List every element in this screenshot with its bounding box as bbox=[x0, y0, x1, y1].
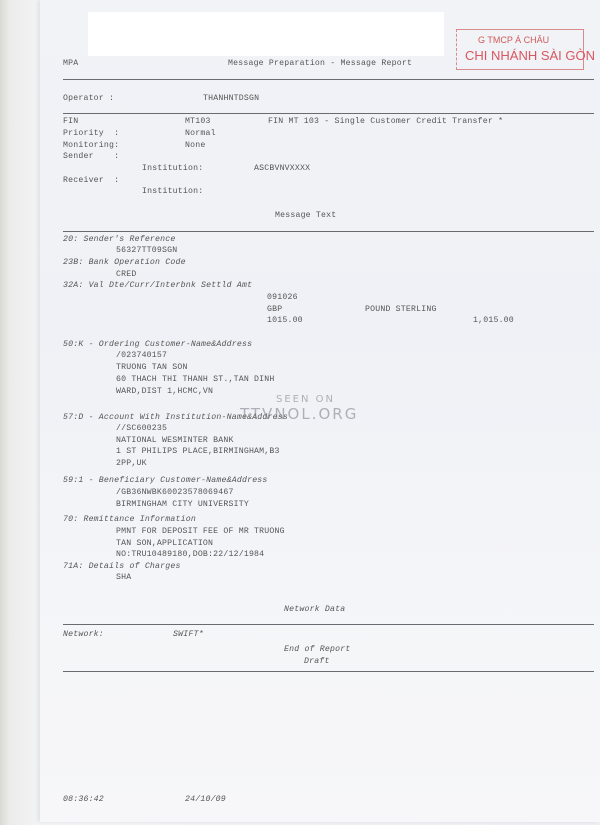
message-text-heading: Message Text bbox=[275, 211, 336, 221]
network-label: Network: bbox=[63, 630, 104, 640]
operator-label: Operator : bbox=[63, 94, 114, 104]
sender-institution-label: Institution: bbox=[142, 164, 203, 174]
divider bbox=[63, 671, 594, 672]
divider bbox=[63, 79, 594, 80]
report-title: Message Preparation - Message Report bbox=[228, 59, 412, 69]
footer-time: 08:36:42 bbox=[63, 795, 104, 805]
footer-date: 24/10/09 bbox=[185, 795, 226, 805]
sender-institution-value: ASCBVNVXXXX bbox=[254, 164, 310, 174]
stamp-branch-name: CHI NHÁNH SÀI GÒN bbox=[465, 48, 595, 63]
field-50k-line: TRUONG TAN SON bbox=[116, 363, 188, 373]
field-50k-line: 60 THACH THI THANH ST.,TAN DINH bbox=[116, 375, 275, 385]
field-20-value: 56327TT09SGN bbox=[116, 246, 177, 256]
stamp-bank-name: G TMCP Á CHÂU bbox=[478, 35, 549, 45]
field-59-label: 59:1 - Beneficiary Customer-Name&Address bbox=[63, 476, 268, 486]
fin-description: FIN MT 103 - Single Customer Credit Tran… bbox=[268, 117, 503, 127]
monitoring-label: Monitoring: bbox=[63, 141, 119, 151]
monitoring-value: None bbox=[185, 141, 205, 151]
field-70-line: NO:TRU10489180,DOB:22/12/1984 bbox=[116, 550, 264, 560]
priority-value: Normal bbox=[185, 129, 216, 139]
sender-label: Sender : bbox=[63, 152, 119, 162]
field-57d-line: //SC600235 bbox=[116, 424, 167, 434]
network-data-heading: Network Data bbox=[284, 605, 345, 615]
network-value: SWIFT* bbox=[173, 630, 204, 640]
end-of-report: End of Report bbox=[284, 645, 350, 655]
field-23b-label: 23B: Bank Operation Code bbox=[63, 258, 186, 268]
priority-label: Priority : bbox=[63, 129, 119, 139]
field-32a-amount-formatted: 1,015.00 bbox=[473, 316, 514, 326]
receiver-label: Receiver : bbox=[63, 176, 119, 186]
divider bbox=[63, 624, 594, 625]
divider bbox=[63, 113, 594, 114]
field-32a-currency: GBP bbox=[267, 305, 282, 315]
field-50k-line: WARD,DIST 1,HCMC,VN bbox=[116, 387, 213, 397]
app-code: MPA bbox=[63, 59, 78, 69]
field-50k-line: /023740157 bbox=[116, 351, 167, 361]
watermark-line2: TTVNOL.ORG bbox=[240, 405, 358, 423]
operator-value: THANHNTDSGN bbox=[203, 94, 259, 104]
redaction-box bbox=[88, 12, 444, 56]
field-57d-line: 1 ST PHILIPS PLACE,BIRMINGHAM,B3 bbox=[116, 447, 280, 457]
field-70-label: 70: Remittance Information bbox=[63, 515, 196, 525]
receiver-institution-label: Institution: bbox=[142, 187, 203, 197]
field-59-line: /GB36NWBK60023578069467 bbox=[116, 488, 234, 498]
field-32a-label: 32A: Val Dte/Curr/Interbnk Settld Amt bbox=[63, 281, 252, 291]
field-57d-line: NATIONAL WESMINTER BANK bbox=[116, 436, 234, 446]
field-32a-amount: 1015.00 bbox=[267, 316, 303, 326]
field-70-line: PMNT FOR DEPOSIT FEE OF MR TRUONG bbox=[116, 527, 285, 537]
report-status: Draft bbox=[304, 657, 330, 667]
field-57d-line: 2PP,UK bbox=[116, 459, 147, 469]
fin-value: MT103 bbox=[185, 117, 211, 127]
field-70-line: TAN SON,APPLICATION bbox=[116, 539, 213, 549]
field-32a-date: 091026 bbox=[267, 293, 298, 303]
watermark-line1: SEEN ON bbox=[276, 394, 335, 405]
field-71a-label: 71A: Details of Charges bbox=[63, 562, 181, 572]
field-32a-currency-name: POUND STERLING bbox=[365, 305, 437, 315]
fin-label: FIN bbox=[63, 117, 78, 127]
field-71a-value: SHA bbox=[116, 573, 131, 583]
field-59-line: BIRMINGHAM CITY UNIVERSITY bbox=[116, 500, 249, 510]
field-50k-label: 50:K - Ordering Customer-Name&Address bbox=[63, 340, 252, 350]
field-20-label: 20: Sender's Reference bbox=[63, 235, 176, 245]
divider bbox=[63, 231, 594, 232]
field-23b-value: CRED bbox=[116, 270, 136, 280]
